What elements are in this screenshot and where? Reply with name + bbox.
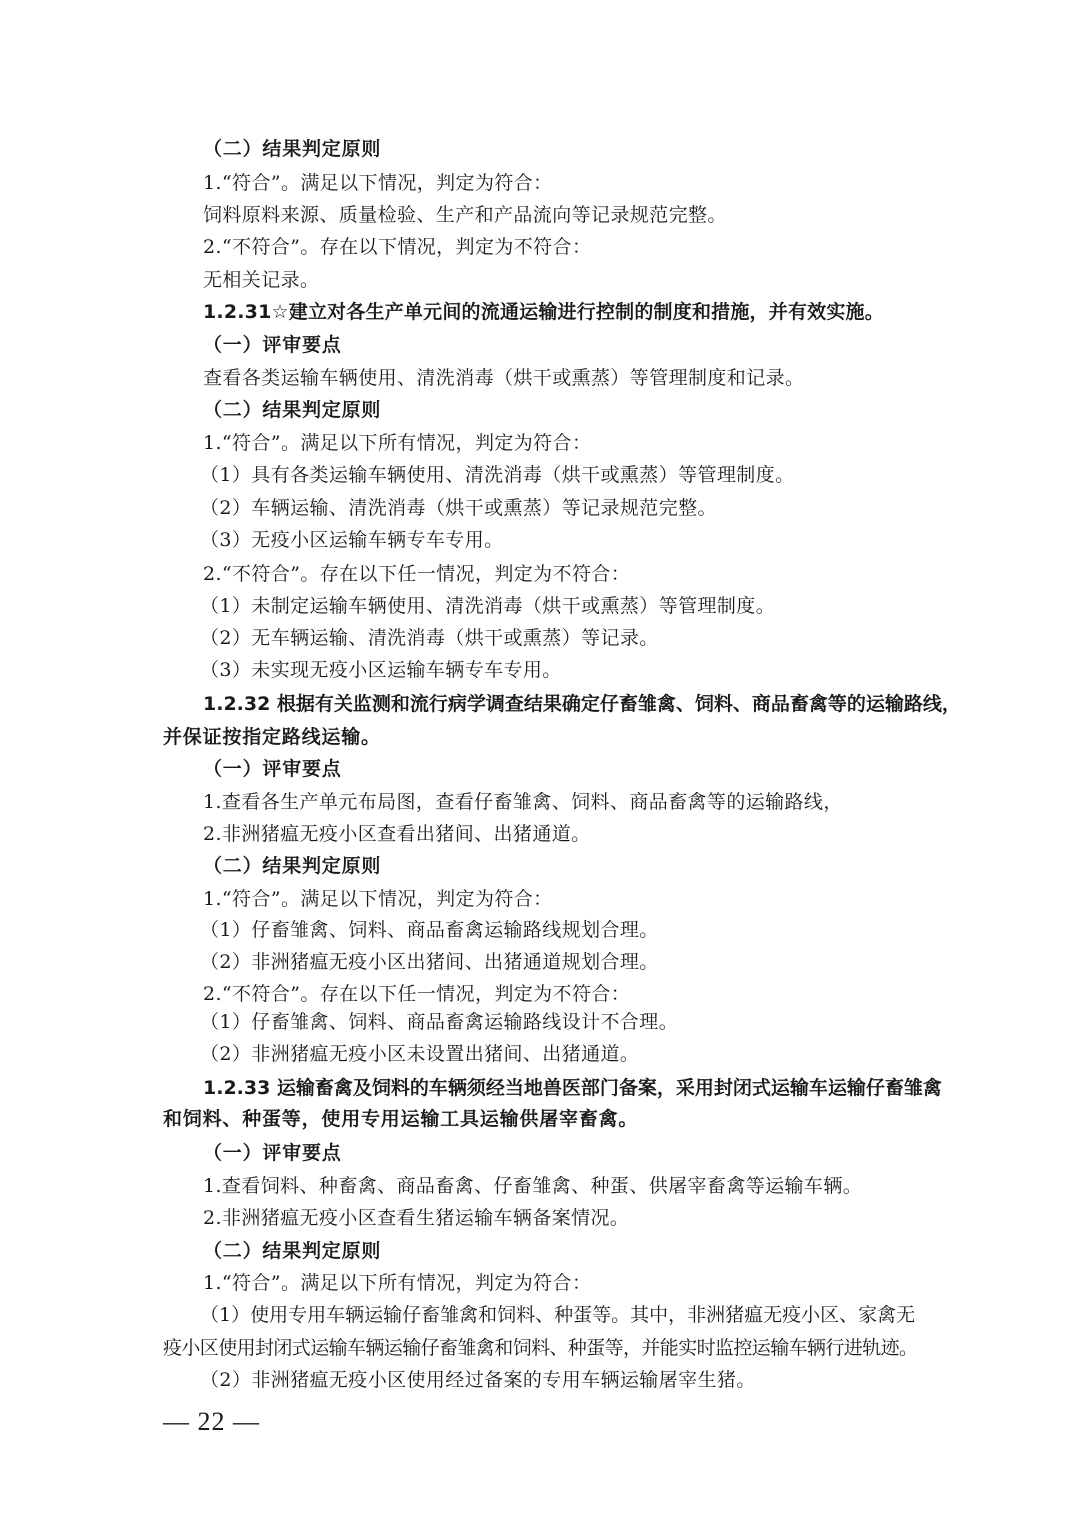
- item-heading-1-2-33: 1.2.33 运输畜禽及饲料的车辆须经当地兽医部门备案，采用封闭式运输车运输仔畜…: [203, 1076, 958, 1100]
- list-item: （2）非洲猪瘟无疫小区出猪间、出猪通道规划合理。: [200, 950, 955, 974]
- document-page: （二）结果判定原则 1.“符合”。满足以下情况，判定为符合： 饲料原料来源、质量…: [0, 0, 1080, 1527]
- section-heading: （一）评审要点: [203, 333, 958, 357]
- paragraph: 1.查看各生产单元布局图，查看仔畜雏禽、饲料、商品畜禽等的运输路线，: [203, 790, 958, 814]
- paragraph: 1.“符合”。满足以下所有情况，判定为符合：: [203, 431, 958, 455]
- list-item: （2）无车辆运输、清洗消毒（烘干或熏蒸）等记录。: [200, 626, 955, 650]
- item-heading-1-2-31: 1.2.31☆建立对各生产单元间的流通运输进行控制的制度和措施，并有效实施。: [203, 300, 958, 324]
- paragraph: 查看各类运输车辆使用、清洗消毒（烘干或熏蒸）等管理制度和记录。: [203, 366, 958, 390]
- list-item: （1）仔畜雏禽、饲料、商品畜禽运输路线规划合理。: [200, 918, 955, 942]
- list-item: （1）仔畜雏禽、饲料、商品畜禽运输路线设计不合理。: [200, 1010, 955, 1034]
- paragraph: 2.非洲猪瘟无疫小区查看出猪间、出猪通道。: [203, 822, 958, 846]
- section-heading: （一）评审要点: [203, 1141, 958, 1165]
- list-item: （2）非洲猪瘟无疫小区使用经过备案的专用车辆运输屠宰生猪。: [200, 1368, 955, 1392]
- list-item: （1）使用专用车辆运输仔畜雏禽和饲料、种蛋等。其中，非洲猪瘟无疫小区、家禽无: [200, 1303, 955, 1327]
- item-heading-continuation: 并保证按指定路线运输。: [163, 725, 918, 749]
- list-item: （3）无疫小区运输车辆专车专用。: [200, 528, 955, 552]
- paragraph: 无相关记录。: [203, 268, 958, 292]
- list-item: （2）车辆运输、清洗消毒（烘干或熏蒸）等记录规范完整。: [200, 496, 955, 520]
- section-heading: （二）结果判定原则: [203, 1239, 958, 1263]
- item-heading-continuation: 和饲料、种蛋等，使用专用运输工具运输供屠宰畜禽。: [163, 1107, 918, 1131]
- section-heading: （二）结果判定原则: [203, 137, 958, 161]
- paragraph: 饲料原料来源、质量检验、生产和产品流向等记录规范完整。: [203, 203, 958, 227]
- section-heading: （二）结果判定原则: [203, 398, 958, 422]
- section-heading: （一）评审要点: [203, 757, 958, 781]
- paragraph: 1.“符合”。满足以下情况，判定为符合：: [203, 887, 958, 911]
- page-number: — 22 —: [163, 1407, 260, 1437]
- section-heading: （二）结果判定原则: [203, 854, 958, 878]
- item-heading-1-2-32: 1.2.32 根据有关监测和流行病学调查结果确定仔畜雏禽、饲料、商品畜禽等的运输…: [203, 692, 958, 716]
- paragraph: 2.非洲猪瘟无疫小区查看生猪运输车辆备案情况。: [203, 1206, 958, 1230]
- list-item: （3）未实现无疫小区运输车辆专车专用。: [200, 658, 955, 682]
- paragraph: 2.“不符合”。存在以下任一情况，判定为不符合：: [203, 562, 958, 586]
- list-item: （2）非洲猪瘟无疫小区未设置出猪间、出猪通道。: [200, 1042, 955, 1066]
- paragraph: 2.“不符合”。存在以下任一情况，判定为不符合：: [203, 982, 958, 1006]
- list-item: （1）未制定运输车辆使用、清洗消毒（烘干或熏蒸）等管理制度。: [200, 594, 955, 618]
- paragraph: 1.“符合”。满足以下所有情况，判定为符合：: [203, 1271, 958, 1295]
- paragraph: 1.查看饲料、种畜禽、商品畜禽、仔畜雏禽、种蛋、供屠宰畜禽等运输车辆。: [203, 1174, 958, 1198]
- paragraph: 2.“不符合”。存在以下情况，判定为不符合：: [203, 235, 958, 259]
- list-item-continuation: 疫小区使用封闭式运输车辆运输仔畜雏禽和饲料、种蛋等，并能实时监控运输车辆行进轨迹…: [163, 1336, 918, 1360]
- list-item: （1）具有各类运输车辆使用、清洗消毒（烘干或熏蒸）等管理制度。: [200, 463, 955, 487]
- paragraph: 1.“符合”。满足以下情况，判定为符合：: [203, 171, 958, 195]
